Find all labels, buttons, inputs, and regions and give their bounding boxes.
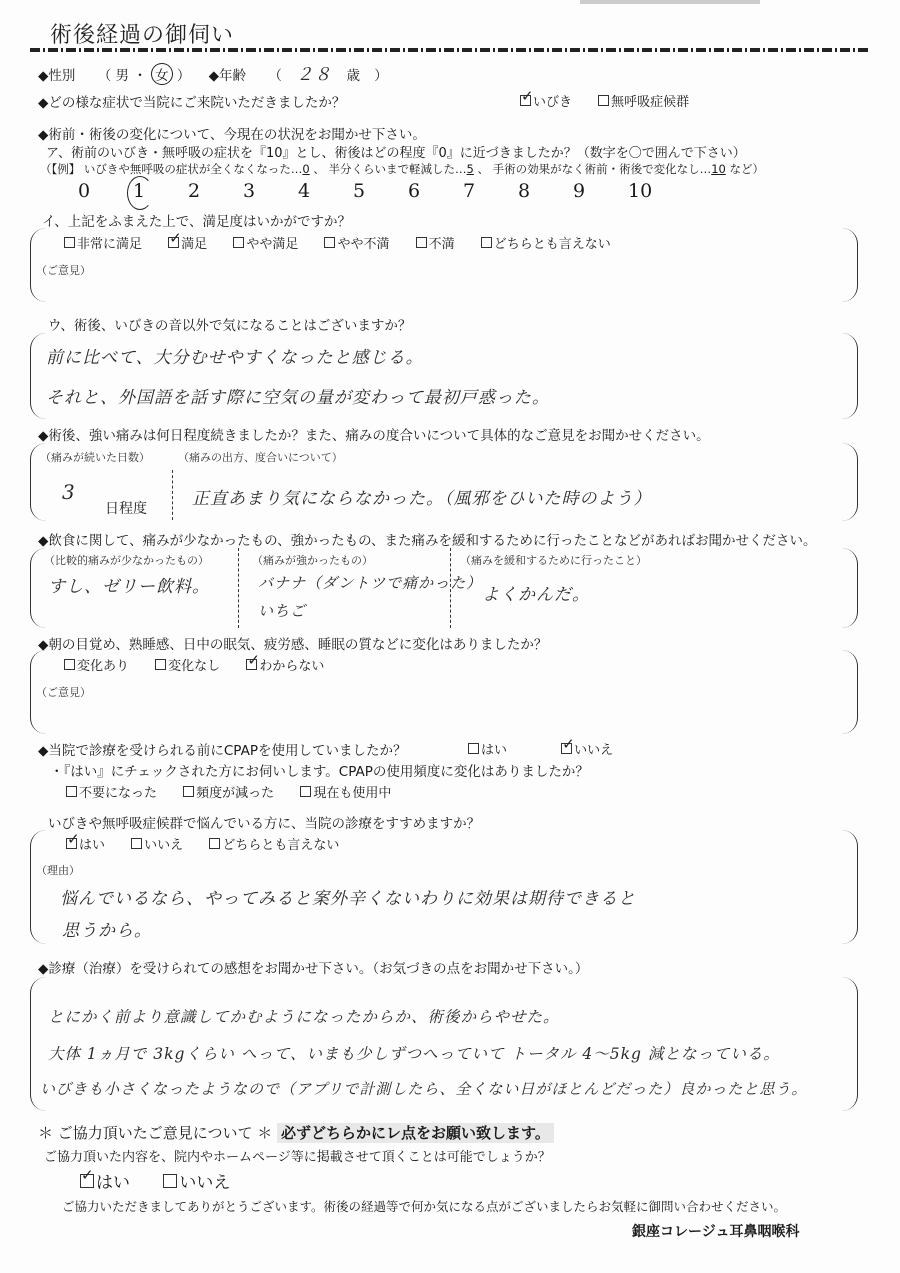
title-divider [30, 48, 870, 52]
consent-heading-required: 必ずどちらかにレ点をお願い致します。 [277, 1123, 554, 1143]
consent-option-no[interactable]: いいえ [163, 1168, 230, 1193]
checkbox-icon[interactable] [183, 786, 194, 797]
symptom-question: ◆どの様な症状で当院にご来院いただきましたか？ [38, 91, 345, 111]
symptom-option-snoring[interactable]: いびき [520, 91, 572, 110]
food-less-pain-label: （比較的痛みが少なかったもの） [44, 552, 209, 568]
other-concerns-question: ウ、術後、いびきの音以外で気になることはございますか？ [48, 314, 411, 334]
checkbox-icon[interactable] [598, 95, 609, 106]
cpap-followup-question: ・『はい』にチェックされた方にお伺いします。CPAPの使用頻度に変化はありました… [50, 760, 589, 780]
consent-thanks: ご協力いただきましてありがとうございます。術後の経過等で何か気になる点がございま… [62, 1197, 786, 1215]
satisfaction-option[interactable]: どちらとも言えない [481, 233, 611, 252]
consent-option-yes[interactable]: はい [80, 1168, 130, 1193]
satisfaction-question: イ、上記をふまえた上で、満足度はいかがですか？ [42, 210, 351, 230]
cpap-followup-option[interactable]: 不要になった [66, 782, 157, 801]
food-strong-pain-line1[interactable]: バナナ（ダントツで痛かった） [258, 572, 482, 593]
sleep-option[interactable]: 変化あり [64, 655, 129, 674]
recommend-reason-line2[interactable]: 思うから。 [62, 916, 152, 941]
change-question-a: ア、術前のいびき・無呼吸の症状を『10』とし、術後はどの程度『0』に近づきました… [46, 142, 746, 161]
severity-scale: 0 1 2 3 4 5 6 7 8 9 10 [78, 180, 683, 202]
scale-option[interactable]: 7 [463, 180, 518, 202]
age-value[interactable]: ２８ [296, 65, 332, 85]
checkbox-icon[interactable] [64, 237, 75, 248]
recommend-option-neutral[interactable]: どちらとも言えない [209, 834, 339, 853]
checkbox-icon[interactable] [163, 1174, 177, 1188]
symptom-option-apnea[interactable]: 無呼吸症候群 [598, 91, 689, 110]
checkbox-checked-icon[interactable] [80, 1174, 94, 1188]
recommend-reason-line1[interactable]: 悩んでいるなら、やってみると案外辛くないわりに効果は期待できると [60, 884, 636, 909]
checkbox-icon[interactable] [64, 659, 75, 670]
satisfaction-option[interactable]: 非常に満足 [64, 233, 142, 252]
food-strong-pain-label: （痛みが強かったもの） [252, 552, 373, 568]
cpap-options: はい いいえ [468, 739, 635, 758]
gender-option-male[interactable]: 男 [115, 68, 129, 84]
sleep-opinion-label: （ご意見） [36, 684, 91, 700]
cpap-option-yes[interactable]: はい [468, 739, 507, 758]
impressions-question: ◆診療（治療）を受けられての感想をお聞かせ下さい。（お気づきの点をお聞かせ下さい… [38, 957, 588, 977]
impressions-line1[interactable]: とにかく前より意識してかむようになったからか、術後からやせた。 [48, 1005, 560, 1027]
checkbox-checked-icon[interactable] [246, 659, 257, 670]
scan-edge-mark [580, 0, 760, 4]
checkbox-checked-icon[interactable] [520, 95, 531, 106]
cpap-followup-option[interactable]: 現在も使用中 [300, 782, 391, 801]
gender-option-female[interactable]: 女 [151, 63, 173, 85]
cpap-option-no[interactable]: いいえ [561, 739, 613, 758]
symptom-options: いびき 無呼吸症候群 [520, 91, 711, 110]
recommend-question: いびきや無呼吸症候群で悩んでいる方に、当院の診療をすすめますか？ [48, 812, 480, 832]
food-less-pain-value[interactable]: すし、ゼリー飲料。 [48, 572, 210, 597]
consent-question: ご協力頂いた内容を、院内やホームページ等に掲載させて頂くことは可能でしょうか？ [44, 1146, 551, 1165]
scale-option[interactable]: 9 [573, 180, 628, 202]
consent-options: はい いいえ [80, 1168, 252, 1193]
recommend-option-yes[interactable]: はい [66, 834, 105, 853]
pain-box [30, 443, 858, 521]
checkbox-checked-icon[interactable] [168, 237, 179, 248]
checkbox-icon[interactable] [416, 237, 427, 248]
pain-days-label: （痛みが続いた日数） [40, 449, 150, 465]
recommend-option-no[interactable]: いいえ [131, 834, 183, 853]
checkbox-icon[interactable] [481, 237, 492, 248]
sleep-option[interactable]: 変化なし [155, 655, 220, 674]
age-label: ◆年齢 [209, 68, 246, 84]
food-divider-2 [450, 548, 451, 628]
pain-days-value[interactable]: 3 [62, 480, 76, 504]
checkbox-icon[interactable] [209, 838, 220, 849]
pain-divider [172, 470, 173, 520]
cpap-followup-options: 不要になった 頻度が減った 現在も使用中 [66, 782, 413, 801]
checkbox-icon[interactable] [324, 237, 335, 248]
checkbox-checked-icon[interactable] [561, 743, 572, 754]
other-concerns-answer-line1[interactable]: 前に比べて、大分むせやすくなったと感じる。 [46, 343, 424, 368]
scale-option[interactable]: 0 [78, 180, 133, 202]
checkbox-icon[interactable] [300, 786, 311, 797]
sleep-option-selected[interactable]: わからない [246, 655, 324, 674]
scale-option[interactable]: 10 [628, 180, 683, 202]
consent-heading-left: ＊ ご協力頂いたご意見について ＊ [38, 1124, 272, 1142]
checkbox-icon[interactable] [131, 838, 142, 849]
satisfaction-opinion-field[interactable] [60, 276, 840, 296]
change-example: （【例】 いびきや無呼吸の症状が全くなくなった…0 、 半分くらいまで軽減した…… [40, 161, 764, 177]
satisfaction-option[interactable]: 不満 [416, 233, 455, 252]
food-divider-1 [238, 548, 239, 628]
checkbox-icon[interactable] [233, 237, 244, 248]
satisfaction-option[interactable]: やや満足 [233, 233, 298, 252]
impressions-line2[interactable]: 大体 1ヵ月で 3kgくらい へって、いまも少しずつへっていて トータル 4～5… [48, 1042, 780, 1064]
other-concerns-answer-line2[interactable]: それと、外国語を話す際に空気の量が変わって最初戸惑った。 [46, 383, 550, 408]
recommend-options: はい いいえ どちらとも言えない [66, 834, 361, 853]
age-unit: 歳 [346, 68, 360, 84]
scale-option[interactable]: 8 [518, 180, 573, 202]
recommend-reason-label: （理由） [36, 862, 80, 878]
consent-heading: ＊ ご協力頂いたご意見について ＊ 必ずどちらかにレ点をお願い致します。 [38, 1122, 554, 1143]
pain-days-unit: 日程度 [105, 498, 147, 518]
sleep-options: 変化あり 変化なし わからない [64, 655, 346, 674]
impressions-line3[interactable]: いびきも小さくなったようなので（アプリで計測したら、全くない日がほとんどだった）… [40, 1078, 807, 1099]
pain-detail-value[interactable]: 正直あまり気にならなかった。（風邪をひいた時のよう） [192, 484, 652, 509]
food-relief-value[interactable]: よくかんだ。 [482, 580, 590, 605]
cpap-question: ◆当院で診療を受けられる前にCPAPを使用していましたか？ [38, 739, 406, 759]
satisfaction-option-selected[interactable]: 満足 [168, 233, 207, 252]
checkbox-icon[interactable] [66, 786, 77, 797]
scale-option[interactable]: 6 [408, 180, 463, 202]
satisfaction-option[interactable]: やや不満 [324, 233, 389, 252]
gender-label: ◆性別 [38, 68, 75, 84]
pain-detail-label: （痛みの出方、度合いについて） [178, 449, 343, 465]
checkbox-icon[interactable] [468, 743, 479, 754]
scale-option[interactable]: 3 [243, 180, 298, 202]
satisfaction-options: 非常に満足 満足 やや満足 やや不満 不満 どちらとも言えない [64, 233, 633, 252]
checkbox-icon[interactable] [155, 659, 166, 670]
food-relief-label: （痛みを緩和するために行ったこと） [460, 552, 647, 568]
cpap-followup-option[interactable]: 頻度が減った [183, 782, 274, 801]
scale-option-selected[interactable]: 1 [133, 180, 188, 202]
food-strong-pain-line2[interactable]: いちご [258, 600, 306, 621]
change-heading: ◆術前・術後の変化について、今現在の状況をお聞かせ下さい。 [38, 123, 426, 143]
sleep-opinion-field[interactable] [60, 700, 840, 720]
scale-option[interactable]: 2 [188, 180, 243, 202]
form-title: 術後経過の御伺い [50, 18, 234, 49]
clinic-name: 銀座コレージュ耳鼻咽喉科 [632, 1221, 799, 1241]
checkbox-checked-icon[interactable] [66, 838, 77, 849]
food-question: ◆飲食に関して、痛みが少なかったもの、強かったもの、また痛みを緩和するために行っ… [38, 529, 817, 549]
scale-option[interactable]: 5 [353, 180, 408, 202]
profile-row: ◆性別 （ 男 ・ 女 ） ◆年齢 （ ２８ 歳 ） [38, 60, 388, 85]
scale-option[interactable]: 4 [298, 180, 353, 202]
pain-question: ◆術後、強い痛みは何日程度続きましたか？また、痛みの度合いについて具体的なご意見… [38, 424, 710, 444]
